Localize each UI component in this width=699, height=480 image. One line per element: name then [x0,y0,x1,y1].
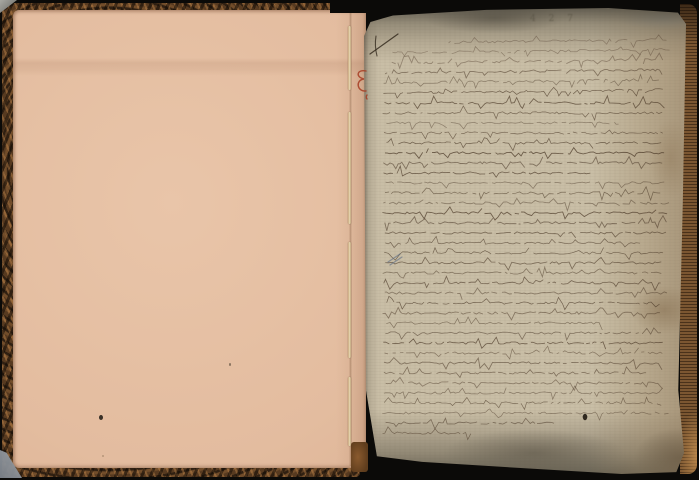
manuscript-text-line [385,216,667,231]
manuscript-text-line [384,276,661,290]
manuscript-text-line [383,198,669,210]
manuscript-text-line [383,308,660,320]
manuscript-text-line [384,166,591,177]
manuscript-text-line [383,337,662,349]
manuscript-text-line [386,182,669,189]
manuscript-text-line [383,87,662,98]
stitching-thread [348,377,351,446]
stitching-thread [348,26,351,90]
left-blank-endpaper-page [13,10,366,468]
paper-speck [229,363,231,366]
manuscript-text-line [385,232,666,238]
manuscript-text-line [385,236,640,247]
manuscript-text-line [383,267,665,278]
manuscript-text-line [449,35,667,47]
manuscript-text-line [384,358,662,370]
stitching-thread [348,112,351,224]
manuscript-text-line [383,427,471,440]
manuscript-text-line [387,138,662,151]
paper-speck [99,415,103,420]
manuscript-text-line [385,346,663,359]
manuscript-text-line [385,68,666,78]
manuscript-text-line [385,148,664,159]
manuscript-text-line [387,296,660,309]
faint-folio-number: 4 2 7 [514,14,594,24]
manuscript-text-line [386,418,554,429]
manuscript-text-line [385,328,661,340]
pen-trial-mark [370,34,398,54]
manuscript-text-line [384,386,663,399]
manuscript-text-line [384,397,661,409]
manuscript-text-line [382,207,667,220]
book-scan-scene: 4 2 7 [0,0,699,480]
pen-trial-mark [375,36,377,56]
ink-blot [583,414,588,420]
manuscript-text-line [386,122,618,130]
stitching-thread [348,242,351,358]
manuscript-text-line [386,317,605,330]
manuscript-text-line [384,367,646,378]
handwriting-lines-svg [368,28,680,468]
manuscript-text-line [385,187,662,200]
right-manuscript-page: 4 2 7 [364,8,686,474]
background-gap [330,0,368,13]
manuscript-text-line [386,378,663,391]
paper-speck [102,455,104,457]
manuscript-text-line [385,96,665,109]
manuscript-text-line [384,130,663,139]
manuscript-text-line [392,47,669,57]
gutter-bottom-leather [351,442,368,472]
red-ink-mark [353,68,371,100]
manuscript-text-line [385,288,671,300]
manuscript-text-line [383,157,664,169]
manuscript-text-line [385,257,661,270]
manuscript-text-line [384,75,659,89]
